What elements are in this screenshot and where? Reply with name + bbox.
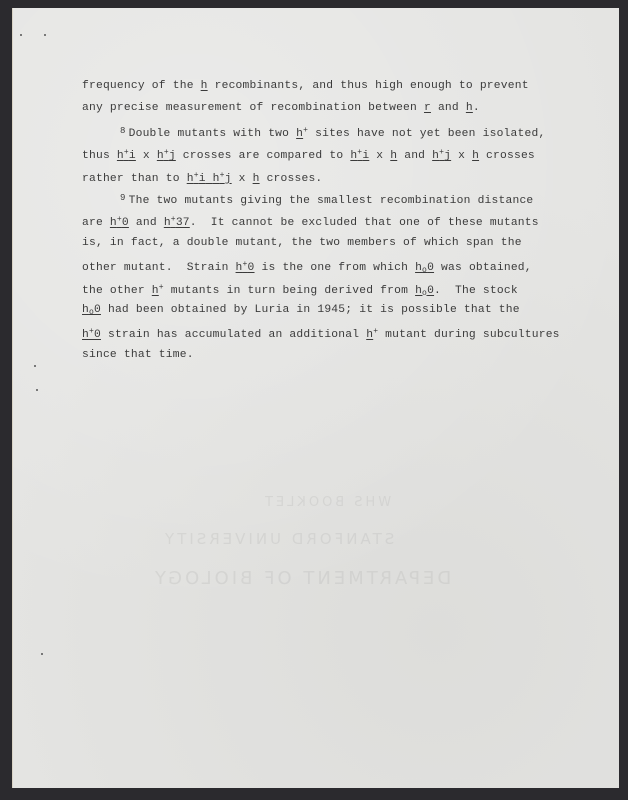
typed-text-body: frequency of the h recombinants, and thu… (82, 75, 602, 366)
text: . It cannot be excluded that one of thes… (190, 217, 539, 229)
text-line: is, in fact, a double mutant, the two me… (82, 232, 602, 254)
text-line: other mutant. Strain h+0 is the one from… (82, 254, 602, 276)
text: is, in fact, a double mutant, the two me… (82, 237, 522, 249)
text: h (236, 262, 243, 274)
symbol-r: r (424, 102, 431, 114)
text-line: frequency of the h recombinants, and thu… (82, 75, 602, 97)
symbol-h: h (253, 173, 260, 185)
text: h (117, 150, 124, 162)
text: h (164, 217, 171, 229)
text: h (110, 217, 117, 229)
text: mutants in turn being derived from (164, 285, 415, 297)
symbol-h-plus-j: h+j (157, 150, 176, 162)
text: and (129, 217, 164, 229)
text: The two mutants giving the smallest reco… (129, 195, 534, 207)
symbol-h: h (152, 285, 159, 297)
text: any precise measurement of recombination… (82, 102, 424, 114)
text: i (129, 150, 136, 162)
text: x (369, 150, 390, 162)
text: h (187, 173, 194, 185)
paper-speck (41, 653, 43, 655)
text (206, 173, 213, 185)
text: h (213, 173, 220, 185)
text: and (431, 102, 466, 114)
text: . (473, 102, 480, 114)
text: crosses (479, 150, 535, 162)
text: j (225, 173, 232, 185)
text: rather than to (82, 173, 187, 185)
text: strain has accumulated an additional (101, 329, 366, 341)
document-page: WHS BOOKLET STANFORD UNIVERSITY DEPARTME… (12, 8, 619, 788)
text-line: 8Double mutants with two h+ sites have n… (82, 120, 602, 142)
text: x (451, 150, 472, 162)
text: x (136, 150, 157, 162)
text-line: are h+0 and h+37. It cannot be excluded … (82, 209, 602, 231)
text: 37 (176, 217, 190, 229)
symbol-h-plus-i: h+i (350, 150, 369, 162)
text: 0 (427, 285, 434, 297)
text: are (82, 217, 110, 229)
text: h (82, 329, 89, 341)
text: crosses. (260, 173, 323, 185)
text: sites have not yet been isolated, (308, 128, 545, 140)
symbol-h-o-0: ho0 (82, 304, 101, 316)
paper-speck (36, 389, 38, 391)
symbol-h-o-0: ho0 (415, 285, 434, 297)
symbol-h: h (201, 80, 208, 92)
text-line: thus h+i x h+j crosses are compared to h… (82, 142, 602, 164)
text: other mutant. Strain (82, 262, 236, 274)
text: frequency of the (82, 80, 201, 92)
symbol-h-plus-i: h+i (117, 150, 136, 162)
text: mutant during subcultures (378, 329, 559, 341)
paper-speck (34, 365, 36, 367)
text: the other (82, 285, 152, 297)
text: recombinants, and thus high enough to pr… (208, 80, 529, 92)
footnote-marker: 9 (120, 193, 126, 203)
bleed-through-line: STANFORD UNIVERSITY (162, 530, 394, 548)
text: j (169, 150, 176, 162)
symbol-h: h (466, 102, 473, 114)
text: h (415, 262, 422, 274)
text: h (157, 150, 164, 162)
symbol-h-plus-i-h-plus-j: h+i h+j (187, 173, 232, 185)
text: h (415, 285, 422, 297)
footnote-marker: 8 (120, 126, 126, 136)
text: was obtained, (434, 262, 532, 274)
symbol-h-plus-0: h+0 (82, 329, 101, 341)
text: 0 (248, 262, 255, 274)
text: 0 (94, 329, 101, 341)
text-line: rather than to h+i h+j x h crosses. (82, 165, 602, 187)
text-line: ho0 had been obtained by Luria in 1945; … (82, 299, 602, 321)
symbol-h-plus-0: h+0 (110, 217, 129, 229)
text-line: h+0 strain has accumulated an additional… (82, 321, 602, 343)
text: Double mutants with two (129, 128, 297, 140)
text-line: the other h+ mutants in turn being deriv… (82, 277, 602, 299)
paper-speck (44, 34, 46, 36)
text: 0 (122, 217, 129, 229)
text: 0 (94, 304, 101, 316)
text: i (199, 173, 206, 185)
text: h (82, 304, 89, 316)
text: . The stock (434, 285, 518, 297)
paper-speck (20, 34, 22, 36)
symbol-h-plus-0: h+0 (236, 262, 255, 274)
text: and (397, 150, 432, 162)
text: crosses are compared to (176, 150, 350, 162)
bleed-through-line: WHS BOOKLET (262, 495, 391, 510)
text: is the one from which (255, 262, 416, 274)
bleed-through-line: DEPARTMENT OF BIOLOGY (152, 568, 451, 589)
symbol-h-o-0: ho0 (415, 262, 434, 274)
text: 0 (427, 262, 434, 274)
text: x (232, 173, 253, 185)
symbol-h-plus-j: h+j (432, 150, 451, 162)
text: had been obtained by Luria in 1945; it i… (101, 304, 520, 316)
text-line: 9The two mutants giving the smallest rec… (82, 187, 602, 209)
text: since that time. (82, 349, 194, 361)
text-line: since that time. (82, 344, 602, 366)
text: thus (82, 150, 117, 162)
text-line: any precise measurement of recombination… (82, 97, 602, 119)
symbol-h-plus-37: h+37 (164, 217, 190, 229)
symbol-h: h (472, 150, 479, 162)
